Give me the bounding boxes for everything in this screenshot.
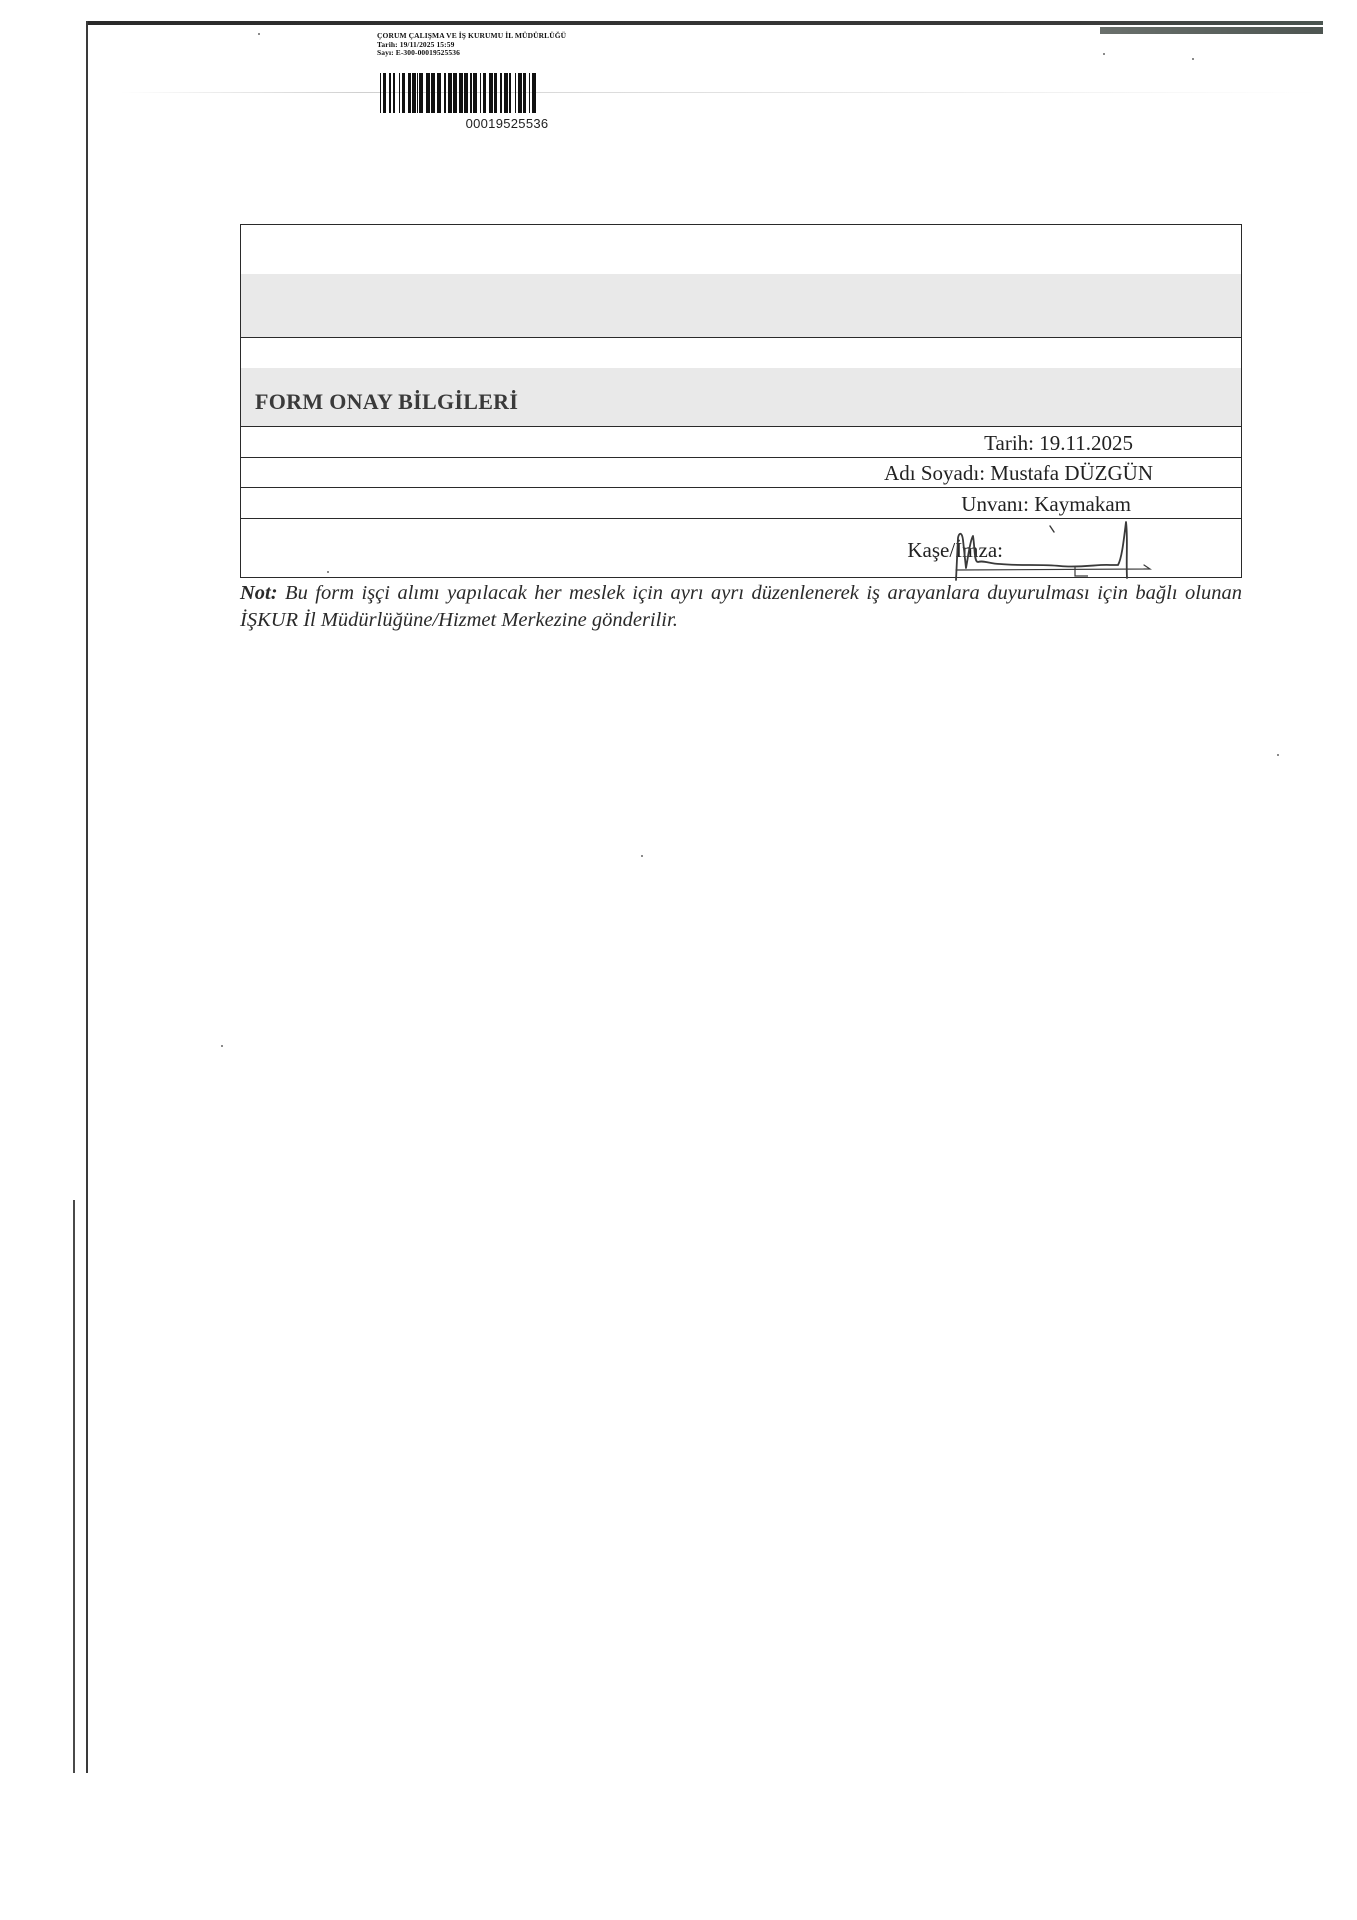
stamp-signature-label: Kaşe/İmza: <box>907 538 1003 563</box>
scan-edge-left-lower <box>73 1200 75 1773</box>
shaded-blank-row <box>241 274 1241 337</box>
scan-speck <box>641 855 643 857</box>
scan-edge-top <box>86 21 1323 25</box>
date-row: Tarih: 19.11.2025 <box>241 426 1241 457</box>
scan-speck <box>258 33 260 35</box>
document-registration-header: ÇORUM ÇALIŞMA VE İŞ KURUMU İL MÜDÜRLÜĞÜ … <box>377 32 637 58</box>
scan-edge-top-right <box>1100 27 1323 34</box>
name-row: Adı Soyadı: Mustafa DÜZGÜN <box>241 457 1241 487</box>
note-label: Not: <box>240 582 278 604</box>
approver-title: Unvanı: Kaymakam <box>961 492 1131 517</box>
approval-date: Tarih: 19.11.2025 <box>984 431 1133 456</box>
scan-faint-rule <box>120 92 1320 93</box>
registration-number: Sayı: E-300-00019525536 <box>377 49 637 58</box>
note-text: Bu form işçi alımı yapılacak her meslek … <box>240 582 1242 631</box>
stamp-signature-row: Kaşe/İmza: <box>241 518 1241 577</box>
scan-speck <box>1103 53 1105 55</box>
blank-row <box>241 337 1241 368</box>
scan-speck <box>221 1045 223 1047</box>
barcode-number: 00019525536 <box>380 116 634 131</box>
scan-speck <box>1277 754 1279 756</box>
form-note: Not: Bu form işçi alımı yapılacak her me… <box>240 580 1242 634</box>
section-header-row: FORM ONAY BİLGİLERİ <box>241 368 1241 426</box>
title-row: Unvanı: Kaymakam <box>241 487 1241 518</box>
approver-name: Adı Soyadı: Mustafa DÜZGÜN <box>884 461 1153 486</box>
form-approval-table: FORM ONAY BİLGİLERİ Tarih: 19.11.2025 Ad… <box>240 224 1242 578</box>
scan-speck <box>1192 58 1194 60</box>
section-title: FORM ONAY BİLGİLERİ <box>255 389 518 415</box>
barcode-icon <box>380 73 634 113</box>
scan-edge-left <box>86 21 88 1773</box>
blank-row <box>241 225 1241 274</box>
